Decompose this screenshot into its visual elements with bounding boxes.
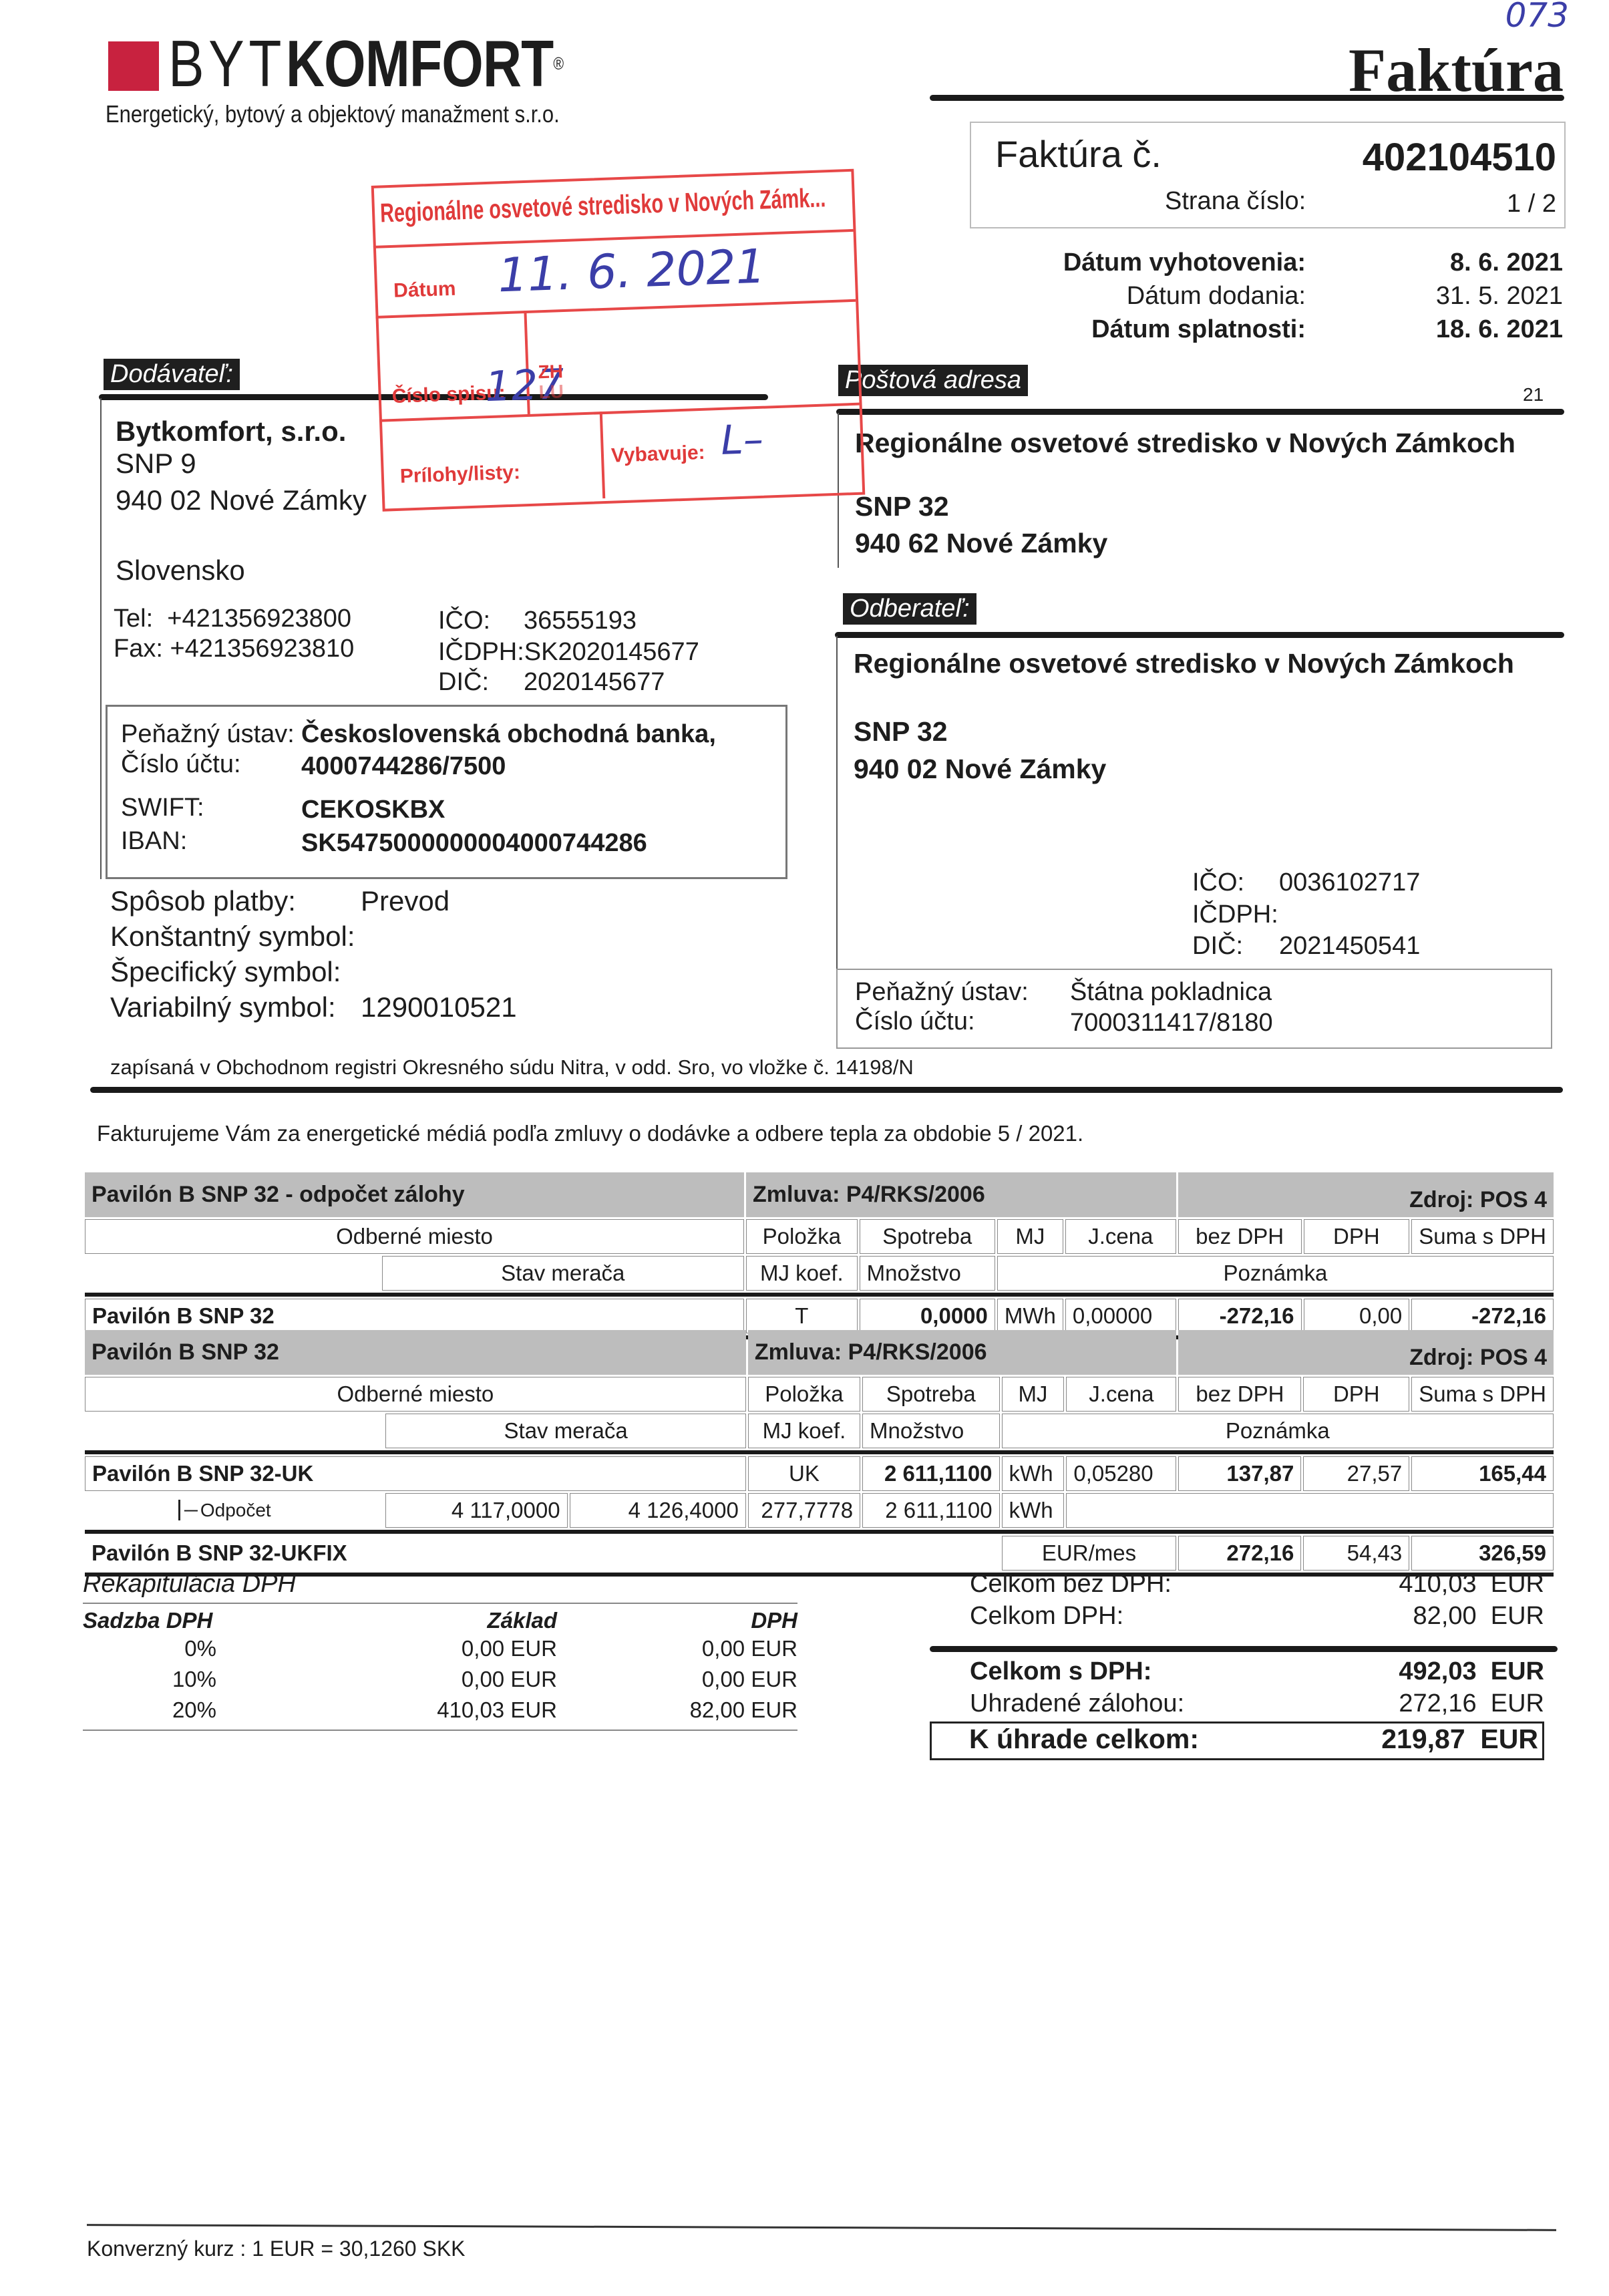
footer-rule — [87, 2224, 1556, 2231]
header-gross: Suma s DPH — [1411, 1377, 1554, 1412]
postal-city: 940 62 Nové Zámky — [855, 528, 1107, 559]
block-title: Pavilón B SNP 32 - odpočet zálohy — [85, 1172, 744, 1217]
header-place: Odberné miesto — [85, 1219, 744, 1254]
supplier-ico: IČO:36555193 — [438, 607, 637, 635]
header-mjkoef: MJ koef. — [748, 1414, 860, 1448]
customer-name: Regionálne osvetové stredisko v Nových Z… — [854, 648, 1514, 679]
total-advance: Uhradené zálohou:272,16 EUR — [930, 1689, 1544, 1721]
register-rule — [90, 1087, 1563, 1093]
bank-name: Štátna pokladnica — [1070, 978, 1272, 1007]
column-subheaders: Stav merača MJ koef. Množstvo Poznámka — [85, 1256, 1554, 1291]
row-place: Pavilón B SNP 32-UK — [85, 1456, 746, 1491]
dic-value: 2020145677 — [524, 668, 665, 696]
account-number: 4000744286/7500 — [301, 752, 506, 781]
header-item: Položka — [746, 1219, 858, 1254]
dates-block: Dátum vyhotovenia: 8. 6. 2021 Dátum doda… — [1002, 249, 1563, 349]
header-item: Položka — [748, 1377, 860, 1412]
total-gross-value: 492,03 — [1399, 1657, 1476, 1685]
swift-code: CEKOSKBX — [301, 796, 445, 824]
header-unit-price: J.cena — [1065, 1219, 1176, 1254]
postal-street: SNP 32 — [855, 491, 949, 522]
stamp-lu-label: LU — [538, 381, 564, 403]
date-label: Dátum dodania: — [1002, 282, 1306, 315]
tel-label: Tel: — [114, 605, 153, 633]
vat-recap-headers: Sadzba DPH Základ DPH — [83, 1608, 797, 1633]
date-row-due: Dátum splatnosti: 18. 6. 2021 — [1002, 315, 1563, 349]
logo-brand-bold: KOMFORT — [286, 27, 553, 100]
fix-vat: 54,43 — [1303, 1536, 1409, 1571]
total-net: Celkom bez DPH:410,03 EUR — [930, 1570, 1544, 1602]
logo: BYTKOMFORT® — [168, 27, 563, 100]
iban-label: IBAN: — [121, 827, 187, 856]
header-mjkoef: MJ koef. — [746, 1256, 858, 1291]
subrow-quantity: 2 611,1100 — [862, 1493, 1000, 1528]
total-advance-label: Uhradené zálohou: — [930, 1689, 1184, 1721]
vat-base: 0,00 EUR — [216, 1667, 557, 1692]
customer-dic: DIČ:2021450541 — [1192, 932, 1420, 961]
stamp-attachments-label: Prílohy/listy: — [399, 461, 520, 488]
vat-amount: 0,00 EUR — [557, 1636, 797, 1661]
subrow-mjkoef: 277,7778 — [748, 1493, 860, 1528]
vat-header-vat: DPH — [557, 1608, 797, 1633]
page-label: Strana číslo: — [1165, 187, 1306, 216]
invoice-number-box: Faktúra č. 402104510 Strana číslo: 1 / 2 — [970, 122, 1566, 228]
header-net: bez DPH — [1178, 1219, 1302, 1254]
dic-value: 2021450541 — [1279, 932, 1420, 960]
meter-from: 4 117,0000 — [385, 1493, 567, 1528]
vat-rate: 0% — [83, 1636, 216, 1661]
bank-label: Peňažný ústav: — [121, 720, 295, 749]
vat-rate: 20% — [83, 1697, 216, 1723]
column-headers: Odberné miesto Položka Spotreba MJ J.cen… — [85, 1377, 1554, 1412]
variable-symbol: Variabilný symbol:1290010521 — [110, 989, 517, 1025]
dic-label: DIČ: — [1192, 932, 1279, 961]
fix-gross: 326,59 — [1411, 1536, 1554, 1571]
customer-city: 940 02 Nové Zámky — [854, 754, 1106, 785]
icdph-value: SK2020145677 — [524, 638, 699, 666]
row-gross: 165,44 — [1411, 1456, 1554, 1491]
vat-header-rate: Sadzba DPH — [83, 1608, 243, 1633]
block-title: Pavilón B SNP 32 — [85, 1330, 746, 1375]
subrow-mj: kWh — [1002, 1493, 1065, 1528]
row-vat: 27,57 — [1303, 1456, 1409, 1491]
total-vat: Celkom DPH:82,00 EUR — [930, 1602, 1544, 1634]
header-mj: MJ — [1002, 1377, 1065, 1412]
header-consumption: Spotreba — [862, 1377, 1000, 1412]
date-value: 8. 6. 2021 — [1306, 249, 1563, 282]
vat-recap: Rekapitulácia DPH Sadzba DPH Základ DPH … — [83, 1570, 797, 1731]
registry-stamp: Regionálne osvetové stredisko v Nových Z… — [371, 156, 867, 520]
column-subheaders: Stav merača MJ koef. Množstvo Poznámka — [85, 1414, 1554, 1448]
logo-brand-thin: BYT — [168, 27, 286, 100]
postal-name: Regionálne osvetové stredisko v Nových Z… — [855, 428, 1515, 459]
block-contract: Zmluva: P4/RKS/2006 — [748, 1330, 1177, 1375]
constant-symbol: Konštantný symbol: — [110, 919, 517, 954]
variable-symbol-value: 1290010521 — [361, 991, 517, 1023]
customer-street: SNP 32 — [854, 716, 948, 748]
stamp-zh-label: ZH — [538, 361, 563, 383]
supplier-icdph: IČDPH:SK2020145677 — [438, 638, 699, 667]
currency: EUR — [1491, 1689, 1544, 1717]
payment-method: Spôsob platby:Prevod — [110, 883, 517, 919]
total-advance-value: 272,16 — [1399, 1689, 1476, 1717]
invoice-number: 402104510 — [1363, 135, 1556, 180]
block-header: Pavilón B SNP 32 Zmluva: P4/RKS/2006 Zdr… — [85, 1330, 1554, 1375]
registered-mark: ® — [553, 53, 563, 73]
fix-place: Pavilón B SNP 32-UKFIX — [85, 1536, 1000, 1571]
row-item: UK — [748, 1456, 860, 1491]
currency: EUR — [1491, 1602, 1544, 1630]
total-due-value: 219,87 — [1381, 1724, 1465, 1754]
table-row: Pavilón B SNP 32-UK UK 2 611,1100 kWh 0,… — [85, 1456, 1554, 1491]
supplier-border — [100, 398, 102, 879]
supplier-city: 940 02 Nové Zámky — [116, 484, 367, 516]
ico-value: 36555193 — [524, 607, 637, 635]
header-vat: DPH — [1304, 1219, 1410, 1254]
header-mj: MJ — [997, 1219, 1063, 1254]
icdph-label: IČDPH: — [1192, 900, 1278, 929]
page-number: 1 / 2 — [1507, 190, 1556, 218]
postal-code-ref: 21 — [1523, 384, 1544, 405]
constant-symbol-label: Konštantný symbol: — [110, 919, 361, 954]
subrow-label: ─Odpočet — [85, 1493, 383, 1528]
vat-recap-row: 10%0,00 EUR0,00 EUR — [83, 1664, 797, 1695]
column-headers: Odberné miesto Položka Spotreba MJ J.cen… — [85, 1219, 1554, 1254]
total-net-value: 410,03 — [1399, 1570, 1476, 1598]
customer-rule — [835, 632, 1564, 638]
total-vat-value: 82,00 — [1413, 1602, 1477, 1630]
row-unit-price: 0,05280 — [1066, 1456, 1176, 1491]
block-source: Zdroj: POS 4 — [1178, 1172, 1554, 1217]
vat-amount: 82,00 EUR — [557, 1697, 797, 1723]
currency: EUR — [1491, 1570, 1544, 1598]
header-quantity: Množstvo — [862, 1414, 1000, 1448]
customer-tag: Odberateľ: — [843, 593, 976, 625]
handwritten-number: 073 — [1505, 0, 1569, 35]
meter-to: 4 126,4000 — [570, 1493, 746, 1528]
vat-recap-row: 0%0,00 EUR0,00 EUR — [83, 1633, 797, 1664]
header-consumption: Spotreba — [860, 1219, 995, 1254]
date-row-delivery: Dátum dodania: 31. 5. 2021 — [1002, 282, 1563, 315]
stamp-date-label: Dátum — [393, 278, 456, 303]
total-gross-label: Celkom s DPH: — [930, 1657, 1151, 1689]
header-meter: Stav merača — [385, 1414, 745, 1448]
total-vat-label: Celkom DPH: — [930, 1602, 1123, 1634]
vat-base: 410,03 EUR — [216, 1697, 557, 1723]
invoice-number-label: Faktúra č. — [995, 132, 1161, 176]
row-net: 137,87 — [1178, 1456, 1301, 1491]
customer-icdph: IČDPH: — [1192, 900, 1278, 929]
postal-tag: Poštová adresa — [838, 365, 1028, 396]
conversion-rate: Konverzný kurz : 1 EUR = 30,1260 SKK — [87, 2237, 466, 2261]
customer-border — [836, 636, 838, 1003]
date-label: Dátum splatnosti: — [1002, 315, 1306, 349]
customer-ico: IČO:0036102717 — [1192, 868, 1420, 897]
supplier-tag: Dodávateľ: — [104, 359, 240, 390]
header-meter: Stav merača — [382, 1256, 744, 1291]
iban: SK5475000000004000744286 — [301, 829, 647, 858]
dic-label: DIČ: — [438, 668, 524, 697]
logo-tagline: Energetický, bytový a objektový manažmen… — [106, 100, 560, 128]
fix-net: 272,16 — [1178, 1536, 1301, 1571]
account-label: Číslo účtu: — [855, 1007, 975, 1036]
block-source: Zdroj: POS 4 — [1178, 1330, 1554, 1375]
header-vat: DPH — [1303, 1377, 1409, 1412]
specific-symbol: Špecifický symbol: — [110, 954, 517, 989]
swift-label: SWIFT: — [121, 794, 204, 822]
fix-unit: EUR/mes — [1002, 1536, 1177, 1571]
supplier-name: Bytkomfort, s.r.o. — [116, 416, 346, 448]
stamp-date-value: 11. 6. 2021 — [497, 238, 766, 303]
block-contract: Zmluva: P4/RKS/2006 — [746, 1172, 1176, 1217]
title-rule — [930, 95, 1564, 101]
header-note: Poznámka — [1002, 1414, 1554, 1448]
date-value: 18. 6. 2021 — [1306, 315, 1563, 349]
invoice-table-advance: Pavilón B SNP 32 - odpočet zálohy Zmluva… — [83, 1170, 1556, 1341]
vat-rate: 10% — [83, 1667, 216, 1692]
variable-symbol-label: Variabilný symbol: — [110, 989, 361, 1025]
total-due: K úhrade celkom:219,87 EUR — [930, 1721, 1544, 1760]
meter-subrow: ─Odpočet 4 117,0000 4 126,4000 277,7778 … — [85, 1493, 1554, 1528]
supplier-fax: Fax: +421356923810 — [114, 635, 354, 663]
header-net: bez DPH — [1178, 1377, 1301, 1412]
fax-label: Fax: — [114, 635, 163, 663]
postal-rule — [836, 409, 1564, 415]
logo-mark — [108, 41, 159, 91]
header-unit-price: J.cena — [1066, 1377, 1176, 1412]
supplier-tel: Tel: +421356923800 — [114, 605, 351, 633]
bank-name: Československá obchodná banka, — [301, 720, 716, 749]
fax-value: +421356923810 — [170, 635, 354, 663]
vat-recap-title: Rekapitulácia DPH — [83, 1570, 797, 1599]
supplier-street: SNP 9 — [116, 448, 196, 480]
date-row-issue: Dátum vyhotovenia: 8. 6. 2021 — [1002, 249, 1563, 282]
date-value: 31. 5. 2021 — [1306, 282, 1563, 315]
specific-symbol-label: Špecifický symbol: — [110, 954, 361, 989]
total-net-label: Celkom bez DPH: — [930, 1570, 1172, 1602]
date-label: Dátum vyhotovenia: — [1002, 249, 1306, 282]
header-quantity: Množstvo — [860, 1256, 995, 1291]
total-due-label: K úhrade celkom: — [932, 1724, 1199, 1758]
intro-text: Fakturujeme Vám za energetické médiá pod… — [97, 1121, 1083, 1146]
payment-block: Spôsob platby:Prevod Konštantný symbol: … — [110, 883, 517, 1025]
payment-method-value: Prevod — [361, 885, 450, 917]
icdph-label: IČDPH: — [438, 638, 524, 666]
totals-rule — [930, 1646, 1558, 1652]
vat-base: 0,00 EUR — [216, 1636, 557, 1661]
vat-recap-row: 20%410,03 EUR82,00 EUR — [83, 1695, 797, 1726]
stamp-handled-label: Vybavuje: — [610, 442, 705, 468]
total-gross: Celkom s DPH:492,03 EUR — [930, 1657, 1544, 1689]
currency: EUR — [1480, 1724, 1538, 1754]
header-place: Odberné miesto — [85, 1377, 746, 1412]
customer-bank-box: Peňažný ústav: Štátna pokladnica Číslo ú… — [836, 969, 1552, 1049]
stamp-handled-value: L– — [720, 416, 764, 464]
account-number: 7000311417/8180 — [1070, 1009, 1273, 1037]
register-note: zapísaná v Obchodnom registri Okresného … — [110, 1055, 914, 1080]
supplier-bank-box: Peňažný ústav: Československá obchodná b… — [106, 705, 787, 879]
table-row-fix: Pavilón B SNP 32-UKFIX EUR/mes 272,16 54… — [85, 1536, 1554, 1571]
vat-header-base: Základ — [243, 1608, 557, 1633]
subrow-label-text: Odpočet — [200, 1500, 271, 1520]
row-consumption: 2 611,1100 — [862, 1456, 1000, 1491]
block-header: Pavilón B SNP 32 - odpočet zálohy Zmluva… — [85, 1172, 1554, 1217]
supplier-country: Slovensko — [116, 554, 245, 587]
bank-label: Peňažný ústav: — [855, 978, 1029, 1007]
header-gross: Suma s DPH — [1411, 1219, 1554, 1254]
invoice-table-heating: Pavilón B SNP 32 Zmluva: P4/RKS/2006 Zdr… — [83, 1328, 1556, 1579]
ico-label: IČO: — [438, 607, 524, 635]
totals-block: Celkom bez DPH:410,03 EUR Celkom DPH:82,… — [930, 1570, 1544, 1760]
payment-method-label: Spôsob platby: — [110, 883, 361, 919]
row-mj: kWh — [1002, 1456, 1065, 1491]
supplier-dic: DIČ:2020145677 — [438, 668, 665, 697]
header-note: Poznámka — [997, 1256, 1554, 1291]
ico-value: 0036102717 — [1279, 868, 1420, 896]
vat-amount: 0,00 EUR — [557, 1667, 797, 1692]
currency: EUR — [1491, 1657, 1544, 1685]
tel-value: +421356923800 — [167, 605, 351, 633]
account-label: Číslo účtu: — [121, 750, 241, 779]
ico-label: IČO: — [1192, 868, 1279, 897]
